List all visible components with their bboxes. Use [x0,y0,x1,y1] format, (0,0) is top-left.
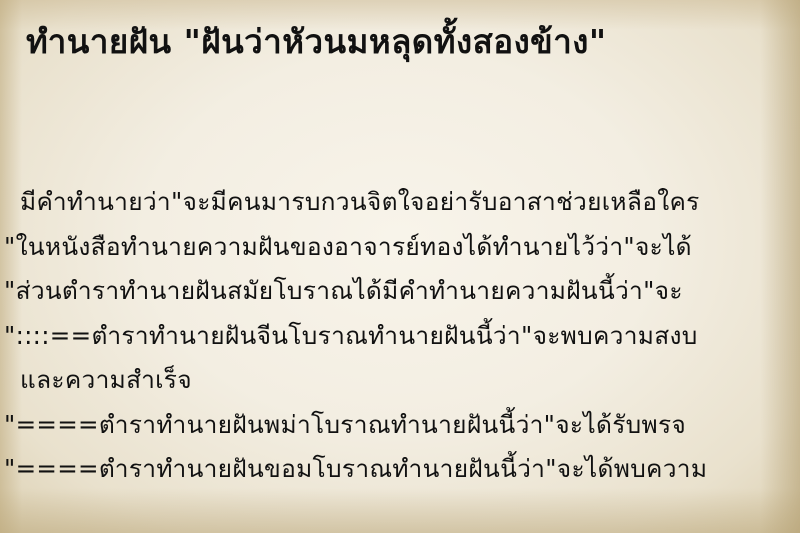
paper-edge-bottom [0,488,800,533]
interpretation-line: มีคำทำนายว่า"จะมีคนมารบกวนจิตใจอย่ารับอา… [4,180,800,225]
interpretation-line: "====ตำราทำนายฝันพม่าโบราณทำนายฝันนี้ว่า… [4,403,800,448]
interpretation-line: "ในหนังสือทำนายความฝันของอาจารย์ทองได้ทำ… [4,225,800,270]
interpretation-line: "::::==ตำราทำนายฝันจีนโบราณทำนายฝันนี้ว่… [4,314,800,359]
interpretation-line: "ส่วนตำราทำนายฝันสมัยโบราณได้มีคำทำนายคว… [4,269,800,314]
page-title: ทำนายฝัน "ฝันว่าหัวนมหลุดทั้งสองข้าง" [26,18,607,66]
interpretation-text-block: มีคำทำนายว่า"จะมีคนมารบกวนจิตใจอย่ารับอา… [4,180,800,492]
interpretation-line: "====ตำราทำนายฝันขอมโบราณทำนายฝันนี้ว่า"… [4,447,800,492]
interpretation-line: และความสำเร็จ [4,358,800,403]
